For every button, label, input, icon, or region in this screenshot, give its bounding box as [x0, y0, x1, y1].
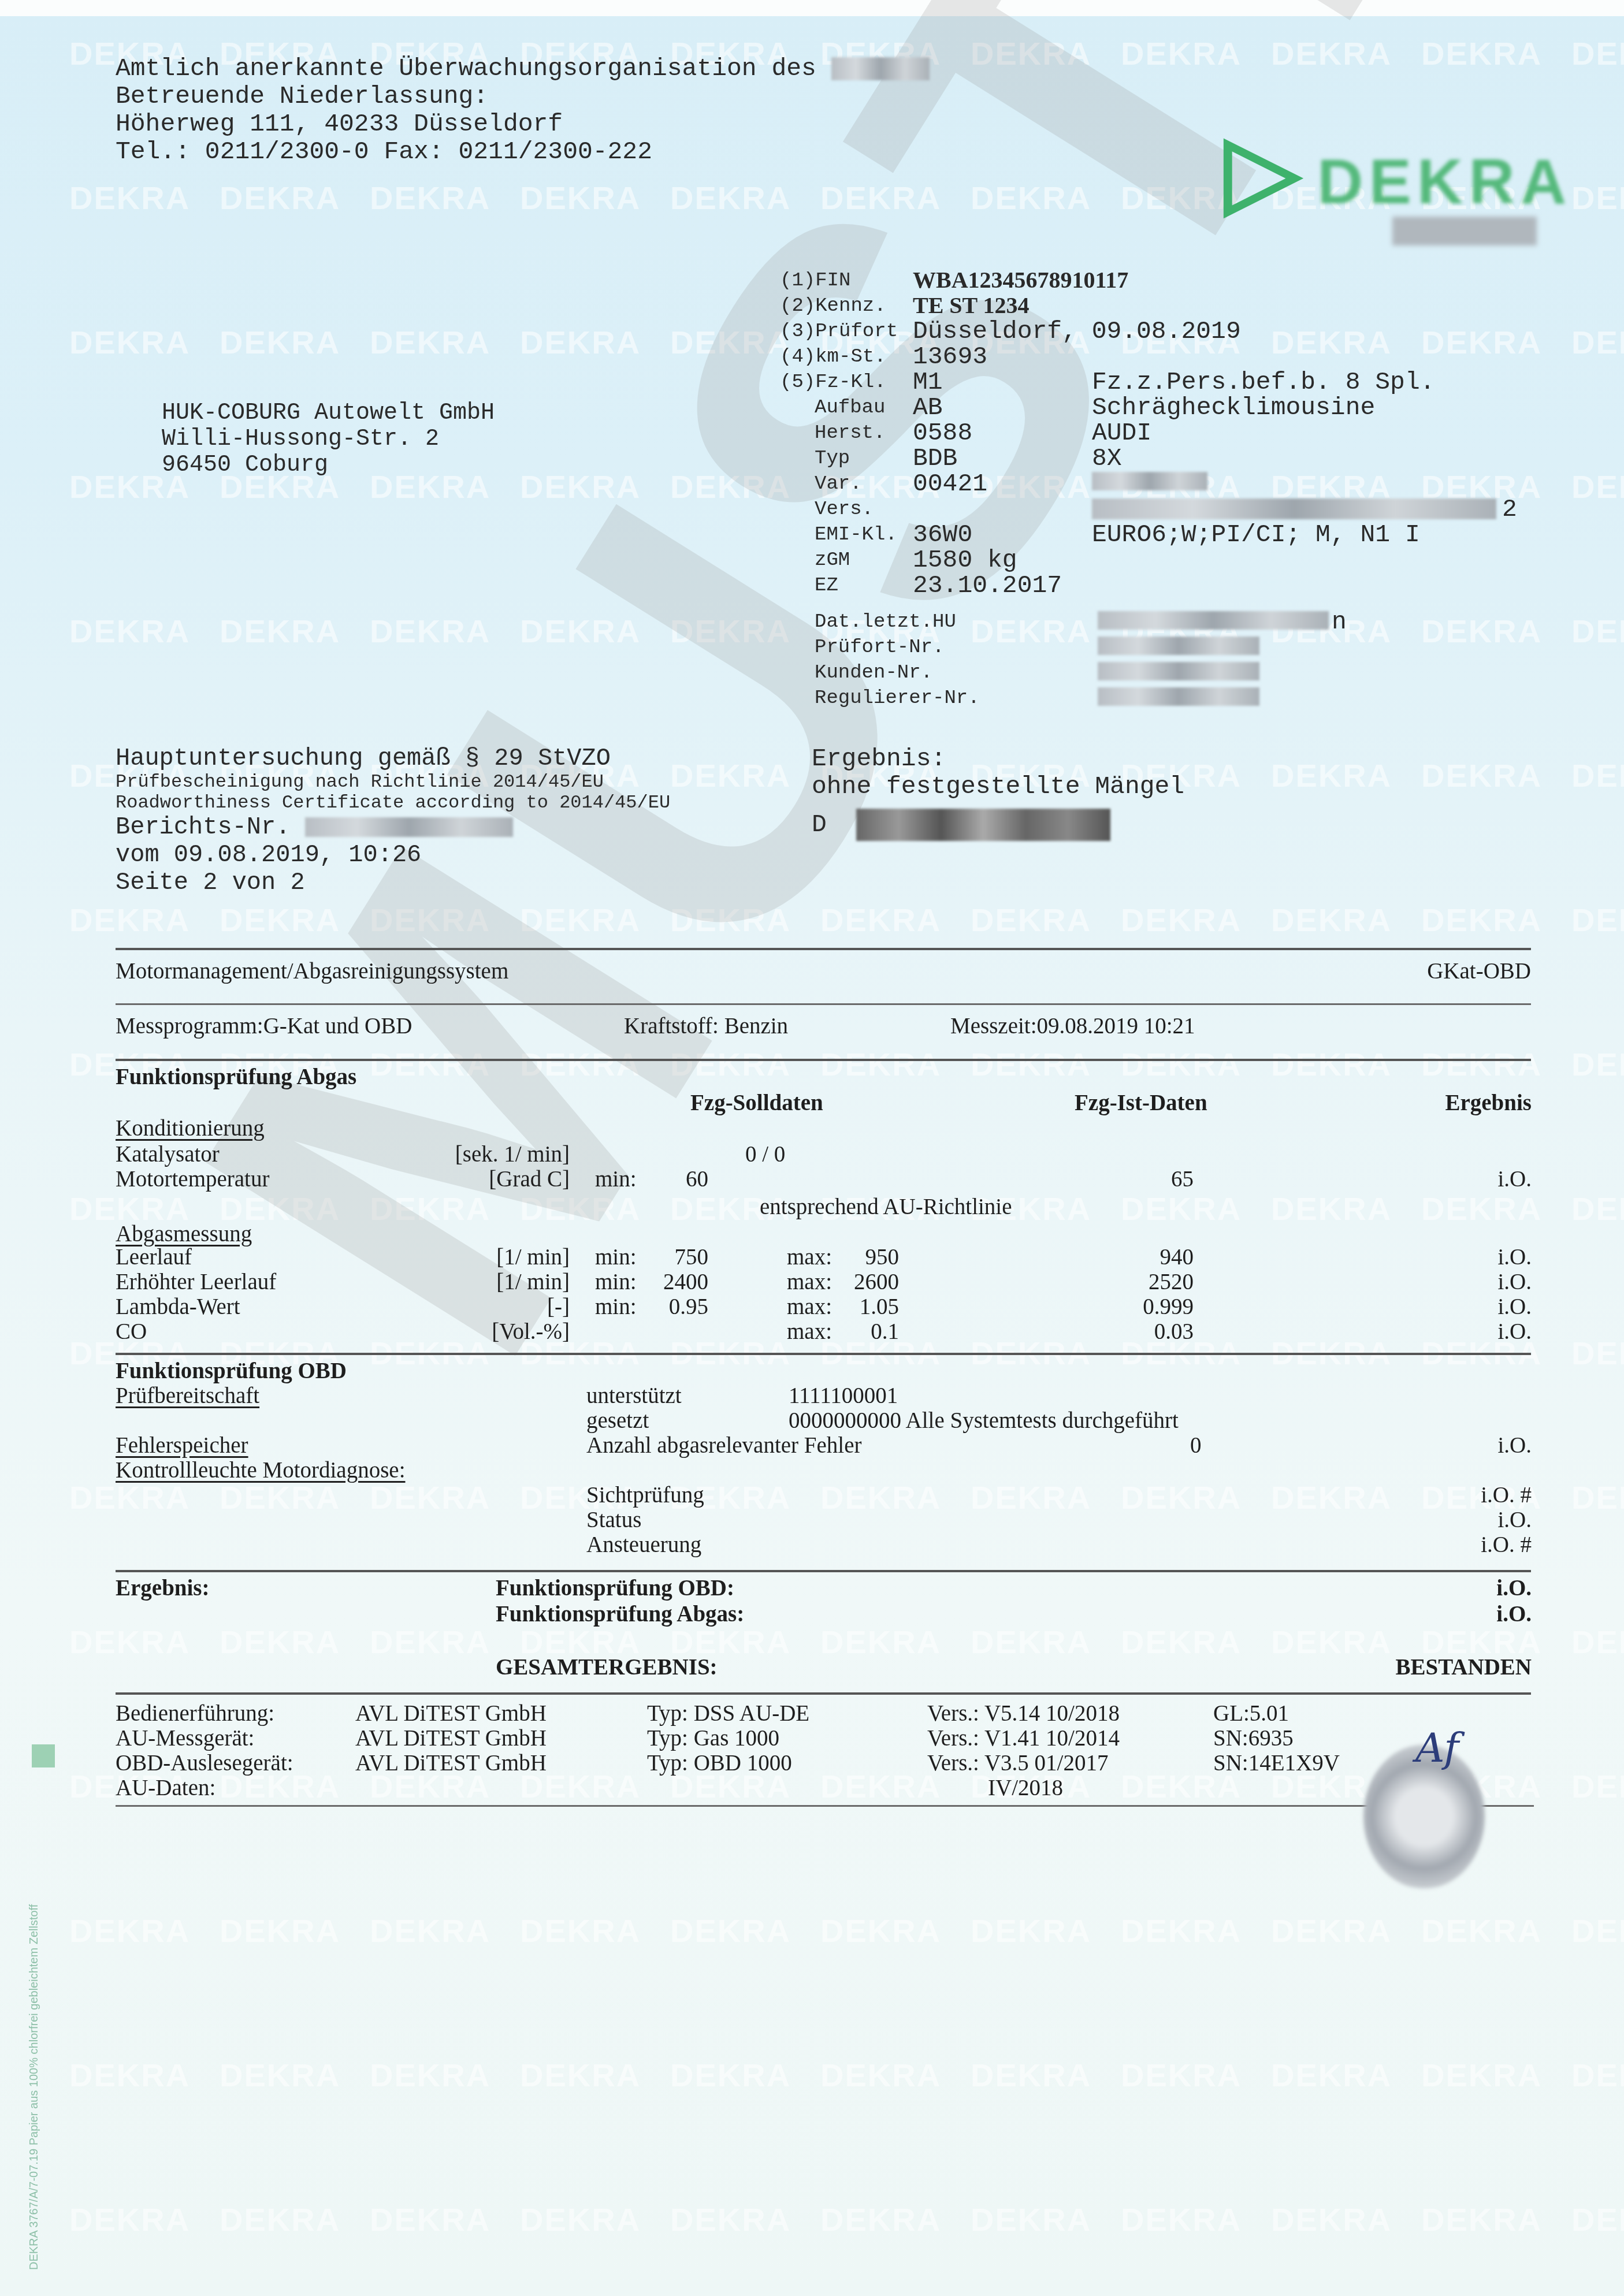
- vehicle-field-label: EMI-Kl.: [815, 524, 897, 546]
- vehicle-field-value: WBA12345678910117: [913, 266, 1128, 293]
- device-maker: AVL DiTEST GmbH: [355, 1751, 547, 1776]
- vehicle-field-value: M1: [913, 368, 943, 396]
- redacted-value: [1098, 687, 1259, 706]
- report-subtitle-en: Roadworthiness Certificate according to …: [116, 792, 670, 813]
- vehicle-field-value: 0588: [913, 419, 972, 447]
- obd-title: Funktionsprüfung OBD: [116, 1359, 347, 1384]
- pattern-tile: DEKRA: [670, 1912, 791, 1949]
- pattern-tile: DEKRA: [1121, 1479, 1242, 1516]
- vehicle-extra-label: Kunden-Nr.: [815, 662, 932, 684]
- pattern-tile: DEKRA: [1571, 2201, 1624, 2238]
- measure-name: Lambda-Wert: [116, 1294, 240, 1320]
- pattern-tile: DEKRA: [69, 2201, 190, 2238]
- measure-unit: [-]: [547, 1294, 570, 1320]
- pattern-tile: DEKRA: [1121, 2201, 1242, 2238]
- mil-item-result: i.O.: [1498, 1508, 1532, 1533]
- pattern-tile: DEKRA: [520, 612, 641, 650]
- side-mark: [32, 1744, 55, 1767]
- pattern-tile: DEKRA: [370, 179, 490, 217]
- paper-edge: [0, 0, 1624, 16]
- supported-label: unterstützt: [586, 1383, 682, 1409]
- pattern-tile: DEKRA: [1421, 757, 1542, 794]
- pattern-tile: DEKRA: [820, 1479, 941, 1516]
- recipient-city: 96450 Coburg: [162, 452, 495, 478]
- readiness-label: Prüfbereitschaft: [116, 1383, 259, 1409]
- pattern-tile: DEKRA: [69, 323, 190, 361]
- paper-note: DEKRA 3767/A/7-07.19 Papier aus 100% chl…: [28, 1904, 41, 2270]
- pattern-tile: DEKRA: [1571, 901, 1624, 939]
- pattern-tile: DEKRA: [220, 2201, 340, 2238]
- device-version: Vers.: V1.41 10/2014: [927, 1726, 1120, 1751]
- pattern-tile: DEKRA: [220, 2056, 340, 2094]
- vehicle-field-desc: EURO6;W;PI/CI; M, N1 I: [1092, 520, 1420, 549]
- pattern-tile: DEKRA: [971, 35, 1091, 72]
- mil-item-result: i.O. #: [1481, 1483, 1532, 1508]
- divider: [116, 948, 1531, 950]
- pattern-tile: DEKRA: [971, 1045, 1091, 1083]
- min-label: min:: [595, 1270, 637, 1295]
- pattern-tile: DEKRA: [1571, 757, 1624, 794]
- report-title: Hauptuntersuchung gemäß § 29 StVZO: [116, 745, 670, 772]
- pattern-tile: DEKRA: [1271, 757, 1392, 794]
- pattern-tile: DEKRA: [1271, 2201, 1392, 2238]
- redacted-value: [1098, 637, 1259, 655]
- pattern-tile: DEKRA: [1571, 1767, 1624, 1805]
- vehicle-extra-label: Dat.letzt.HU: [815, 611, 956, 633]
- report-result: Ergebnis: ohne festgestellte Mängel D: [812, 745, 1184, 841]
- total-result: BESTANDEN: [1395, 1655, 1532, 1680]
- measure-value: 0 / 0: [745, 1142, 785, 1167]
- pattern-tile: DEKRA: [1271, 2056, 1392, 2094]
- pattern-tile: DEKRA: [1571, 35, 1624, 72]
- result-text: ohne festgestellte Mängel: [812, 773, 1184, 801]
- pattern-tile: DEKRA: [220, 179, 340, 217]
- fault-result: i.O.: [1498, 1433, 1532, 1458]
- pattern-tile: DEKRA: [1271, 1045, 1392, 1083]
- device-type: Typ: DSS AU-DE: [647, 1701, 809, 1726]
- pattern-tile: DEKRA: [971, 1479, 1091, 1516]
- vehicle-field-desc: Schräghecklimousine: [1092, 393, 1375, 422]
- pattern-tile: DEKRA: [370, 612, 490, 650]
- pattern-tile: DEKRA: [1121, 1045, 1242, 1083]
- vehicle-field-label: (4)km-St.: [780, 346, 886, 368]
- redacted-report-number: [305, 817, 513, 837]
- pattern-tile: DEKRA: [520, 1190, 641, 1227]
- pattern-tile: DEKRA: [370, 323, 490, 361]
- report-date: vom 09.08.2019, 10:26: [116, 841, 670, 869]
- pattern-tile: DEKRA: [1571, 1045, 1624, 1083]
- device-version: Vers.: V3.5 01/2017: [927, 1751, 1108, 1776]
- fuel-type: Kraftstoff: Benzin: [624, 1014, 788, 1039]
- device-version: IV/2018: [988, 1776, 1063, 1801]
- au-guideline-note: entsprechend AU-Richtlinie: [760, 1194, 1012, 1220]
- device-serial: SN:6935: [1213, 1726, 1294, 1751]
- vehicle-field-label: (3)Prüfort: [780, 321, 898, 343]
- min-value: 2400: [663, 1270, 708, 1295]
- pattern-tile: DEKRA: [1571, 2056, 1624, 2094]
- pattern-tile: DEKRA: [971, 612, 1091, 650]
- vehicle-field-desc: Fz.z.Pers.bef.b. 8 Spl.: [1092, 368, 1435, 396]
- pattern-tile: DEKRA: [520, 901, 641, 939]
- device-maker: AVL DiTEST GmbH: [355, 1701, 547, 1726]
- divider: [116, 1570, 1531, 1572]
- measure-result: i.O.: [1498, 1167, 1532, 1192]
- report-info: Hauptuntersuchung gemäß § 29 StVZO Prüfb…: [116, 745, 670, 896]
- measure-unit: [1/ min]: [496, 1270, 570, 1295]
- vehicle-field-label: zGM: [815, 549, 850, 571]
- device-type: Typ: Gas 1000: [647, 1726, 779, 1751]
- pattern-tile: DEKRA: [820, 179, 941, 217]
- set-value: 0000000000 Alle Systemtests durchgeführt: [789, 1408, 1179, 1434]
- measure-unit: [Grad C]: [489, 1167, 570, 1192]
- max-value: 950: [865, 1245, 900, 1270]
- measure-name: Katalysator: [116, 1142, 220, 1167]
- mil-item-name: Sichtprüfung: [586, 1483, 704, 1508]
- min-label: min:: [595, 1245, 637, 1270]
- pattern-tile: DEKRA: [820, 1045, 941, 1083]
- vehicle-field-label: (2)Kennz.: [780, 295, 886, 317]
- divider: [116, 1003, 1531, 1005]
- pattern-tile: DEKRA: [1421, 1912, 1542, 1949]
- system-code: GKat-OBD: [1427, 959, 1531, 984]
- vehicle-field-label: Var.: [815, 473, 862, 495]
- pattern-tile: DEKRA: [971, 2056, 1091, 2094]
- measure-result: i.O.: [1498, 1294, 1532, 1320]
- vehicle-extra-label: Prüfort-Nr.: [815, 637, 944, 658]
- pattern-tile: DEKRA: [1121, 1190, 1242, 1227]
- pattern-tile: DEKRA: [1121, 1912, 1242, 1949]
- pattern-tile: DEKRA: [670, 2056, 791, 2094]
- summary-label: Ergebnis:: [116, 1576, 210, 1601]
- plaque-number: D: [812, 809, 1184, 841]
- redacted-value: [1098, 611, 1329, 630]
- min-label: min:: [595, 1167, 637, 1192]
- pattern-tile: DEKRA: [69, 1479, 190, 1516]
- pattern-tile: DEKRA: [220, 1912, 340, 1949]
- mil-item-result: i.O. #: [1481, 1532, 1532, 1558]
- pattern-tile: DEKRA: [69, 901, 190, 939]
- pattern-tile: DEKRA: [520, 323, 641, 361]
- max-label: max:: [787, 1270, 832, 1295]
- max-value: 2600: [854, 1270, 899, 1295]
- max-label: max:: [787, 1245, 832, 1270]
- pattern-tile: DEKRA: [1571, 179, 1624, 217]
- pattern-tile: DEKRA: [1571, 1190, 1624, 1227]
- measure-time: Messzeit:09.08.2019 10:21: [950, 1014, 1195, 1039]
- pattern-tile: DEKRA: [520, 2201, 641, 2238]
- min-label: min:: [595, 1294, 637, 1320]
- measure-result: i.O.: [1498, 1245, 1532, 1270]
- max-value: 0.1: [871, 1319, 899, 1345]
- measure-name: CO: [116, 1319, 147, 1345]
- pattern-tile: DEKRA: [220, 1479, 340, 1516]
- pattern-tile: DEKRA: [1121, 35, 1242, 72]
- col-solldaten: Fzg-Solldaten: [690, 1091, 823, 1116]
- mil-item-name: Ansteuerung: [586, 1532, 701, 1558]
- vehicle-field-label: Herst.: [815, 422, 885, 444]
- pattern-tile: DEKRA: [971, 468, 1091, 505]
- pattern-tile: DEKRA: [670, 2201, 791, 2238]
- pattern-tile: DEKRA: [520, 2056, 641, 2094]
- mil-item-name: Status: [586, 1508, 641, 1533]
- measure-name: Motortemperatur: [116, 1167, 269, 1192]
- pattern-tile: DEKRA: [670, 612, 791, 650]
- pattern-tile: DEKRA: [670, 179, 791, 217]
- security-background-pattern: DEKRADEKRADEKRADEKRADEKRADEKRADEKRADEKRA…: [0, 0, 1624, 2296]
- pattern-tile: DEKRA: [971, 1912, 1091, 1949]
- vehicle-field-value: 13693: [913, 343, 987, 371]
- vehicle-field-label: Vers.: [815, 498, 874, 520]
- pattern-tile: DEKRA: [1271, 323, 1392, 361]
- vehicle-field-value: AB: [913, 393, 943, 422]
- vehicle-field-label: Aufbau: [815, 397, 885, 419]
- pattern-tile: DEKRA: [670, 468, 791, 505]
- pattern-tile: DEKRA: [670, 901, 791, 939]
- pattern-tile: DEKRA: [1271, 1912, 1392, 1949]
- device-role: OBD-Auslesegerät:: [116, 1751, 293, 1776]
- max-label: max:: [787, 1294, 832, 1320]
- pattern-tile: DEKRA: [520, 468, 641, 505]
- summary-abgas-label: Funktionsprüfung Abgas:: [496, 1602, 744, 1627]
- vehicle-field-value: TE ST 1234: [913, 292, 1030, 319]
- vehicle-extra-desc: n: [1332, 608, 1347, 636]
- vehicle-field-value: 1580 kg: [913, 546, 1017, 574]
- vehicle-field-label: (1)FIN: [780, 270, 850, 292]
- pattern-tile: DEKRA: [220, 323, 340, 361]
- pattern-tile: DEKRA: [69, 1912, 190, 1949]
- conditioning-title: Konditionierung: [116, 1116, 265, 1141]
- pattern-tile: DEKRA: [971, 179, 1091, 217]
- pattern-tile: DEKRA: [370, 2056, 490, 2094]
- vehicle-field-desc: 2: [1502, 495, 1517, 523]
- supported-value: 1111100001: [789, 1383, 898, 1409]
- pattern-tile: DEKRA: [520, 1912, 641, 1949]
- pattern-tile: DEKRA: [220, 1623, 340, 1661]
- measure-result: i.O.: [1498, 1319, 1532, 1345]
- pattern-tile: DEKRA: [1271, 1190, 1392, 1227]
- pattern-tile: DEKRA: [820, 1767, 941, 1805]
- dekra-logo-subtitle: [1392, 217, 1537, 245]
- pattern-tile: DEKRA: [370, 2201, 490, 2238]
- report-subtitle-de: Prüfbescheinigung nach Richtlinie 2014/4…: [116, 772, 670, 792]
- device-version: Vers.: V5.14 10/2018: [927, 1701, 1120, 1726]
- summary-abgas-result: i.O.: [1496, 1602, 1532, 1627]
- pattern-tile: DEKRA: [370, 1623, 490, 1661]
- summary-obd-result: i.O.: [1496, 1576, 1532, 1601]
- pattern-tile: DEKRA: [670, 1045, 791, 1083]
- divider: [116, 1059, 1531, 1061]
- issuer-branch-label: Betreuende Niederlassung:: [116, 83, 930, 110]
- redacted-plaque: [856, 809, 1110, 841]
- vehicle-field-value: 23.10.2017: [913, 571, 1062, 600]
- actual-value: 65: [1171, 1167, 1194, 1192]
- measure-name: Leerlauf: [116, 1245, 192, 1270]
- pattern-tile: DEKRA: [69, 2056, 190, 2094]
- pattern-tile: DEKRA: [1271, 35, 1392, 72]
- pattern-tile: DEKRA: [520, 179, 641, 217]
- pattern-tile: DEKRA: [670, 757, 791, 794]
- mil-label: Kontrollleuchte Motordiagnose:: [116, 1458, 405, 1483]
- pattern-tile: DEKRA: [971, 2201, 1091, 2238]
- pattern-tile: DEKRA: [370, 1912, 490, 1949]
- pattern-tile: DEKRA: [1421, 612, 1542, 650]
- actual-value: 0.03: [1154, 1319, 1194, 1345]
- pattern-tile: DEKRA: [820, 1912, 941, 1949]
- fault-desc: Anzahl abgasrelevanter Fehler: [586, 1433, 861, 1458]
- pattern-tile: DEKRA: [820, 2056, 941, 2094]
- pattern-tile: DEKRA: [220, 901, 340, 939]
- actual-value: 2520: [1149, 1270, 1194, 1295]
- vehicle-field-desc: AUDI: [1092, 419, 1151, 447]
- dekra-logo-icon: ▷: [1225, 121, 1300, 219]
- pattern-tile: DEKRA: [370, 901, 490, 939]
- vehicle-field-value: 36W0: [913, 520, 972, 549]
- recipient-street: Willi-Hussong-Str. 2: [162, 426, 495, 452]
- pattern-tile: DEKRA: [370, 1479, 490, 1516]
- pattern-tile: DEKRA: [1571, 323, 1624, 361]
- pattern-tile: DEKRA: [1571, 612, 1624, 650]
- measure-result: i.O.: [1498, 1270, 1532, 1295]
- device-role: AU-Daten:: [116, 1776, 215, 1801]
- divider: [116, 1353, 1531, 1355]
- vehicle-extra-label: Regulierer-Nr.: [815, 687, 980, 709]
- abgas-title: Funktionsprüfung Abgas: [116, 1065, 356, 1090]
- vehicle-field-label: (5)Fz-Kl.: [780, 371, 886, 393]
- issuer-contact: Tel.: 0211/2300-0 Fax: 0211/2300-222: [116, 138, 930, 166]
- recipient-name: HUK-COBURG Autowelt GmbH: [162, 400, 495, 426]
- measure-name: Erhöhter Leerlauf: [116, 1270, 276, 1295]
- min-value: 60: [686, 1167, 708, 1192]
- device-role: AU-Messgerät:: [116, 1726, 254, 1751]
- dekra-logo-text: DEKRA: [1317, 150, 1572, 214]
- device-serial: SN:14E1X9V: [1213, 1751, 1340, 1776]
- measure-unit: [sek. 1/ min]: [455, 1142, 570, 1167]
- vehicle-field-label: EZ: [815, 575, 838, 597]
- set-label: gesetzt: [586, 1408, 649, 1434]
- fault-count: 0: [1190, 1433, 1202, 1458]
- pattern-tile: DEKRA: [1421, 1045, 1542, 1083]
- device-serial: GL:5.01: [1213, 1701, 1289, 1726]
- pattern-tile: DEKRA: [1571, 1912, 1624, 1949]
- vehicle-field-desc: 8X: [1092, 444, 1122, 472]
- dekra-logo: ▷ DEKRA: [1202, 116, 1560, 231]
- pattern-tile: DEKRA: [1421, 2056, 1542, 2094]
- total-result-label: GESAMTERGEBNIS:: [496, 1655, 718, 1680]
- exhaust-measure-title: Abgasmessung: [116, 1222, 252, 1247]
- redacted-org-name: [831, 57, 930, 80]
- recipient-address: HUK-COBURG Autowelt GmbH Willi-Hussong-S…: [162, 400, 495, 478]
- pattern-tile: DEKRA: [1271, 1479, 1392, 1516]
- max-label: max:: [787, 1319, 832, 1345]
- pattern-tile: DEKRA: [820, 2201, 941, 2238]
- fault-memory-label: Fehlerspeicher: [116, 1433, 248, 1458]
- pattern-tile: DEKRA: [1271, 901, 1392, 939]
- vehicle-field-value: BDB: [913, 444, 957, 472]
- divider: [116, 1805, 1534, 1807]
- pattern-tile: DEKRA: [971, 1623, 1091, 1661]
- measure-unit: [Vol.-%]: [492, 1319, 570, 1345]
- device-maker: AVL DiTEST GmbH: [355, 1726, 547, 1751]
- vehicle-field-value: Düsseldorf, 09.08.2019: [913, 317, 1241, 345]
- col-ergebnis: Ergebnis: [1445, 1091, 1532, 1116]
- pattern-tile: DEKRA: [69, 179, 190, 217]
- device-type: Typ: OBD 1000: [647, 1751, 792, 1776]
- pattern-tile: DEKRA: [670, 323, 791, 361]
- vehicle-field-value: 00421: [913, 470, 987, 498]
- pattern-tile: DEKRA: [1421, 901, 1542, 939]
- pattern-tile: DEKRA: [1571, 1334, 1624, 1372]
- pattern-tile: DEKRA: [1421, 2201, 1542, 2238]
- col-istdaten: Fzg-Ist-Daten: [1075, 1091, 1207, 1116]
- system-label: Motormanagement/Abgasreinigungssystem: [116, 959, 508, 984]
- pattern-tile: DEKRA: [69, 1623, 190, 1661]
- redacted-value: [1098, 662, 1259, 680]
- pattern-tile: DEKRA: [370, 1045, 490, 1083]
- pattern-tile: DEKRA: [1121, 1623, 1242, 1661]
- pattern-tile: DEKRA: [1421, 35, 1542, 72]
- measure-unit: [1/ min]: [496, 1245, 570, 1270]
- divider: [116, 1692, 1531, 1695]
- pattern-tile: DEKRA: [1571, 1623, 1624, 1661]
- pattern-tile: DEKRA: [370, 1190, 490, 1227]
- pattern-tile: DEKRA: [1121, 901, 1242, 939]
- pattern-tile: DEKRA: [971, 901, 1091, 939]
- pattern-tile: DEKRA: [220, 612, 340, 650]
- measure-program: Messprogramm:G-Kat und OBD: [116, 1014, 412, 1039]
- pattern-tile: DEKRA: [1121, 2056, 1242, 2094]
- summary-obd-label: Funktionsprüfung OBD:: [496, 1576, 734, 1601]
- pattern-tile: DEKRA: [1571, 468, 1624, 505]
- pattern-tile: DEKRA: [1571, 1479, 1624, 1516]
- actual-value: 0.999: [1143, 1294, 1194, 1320]
- redacted-version: [1092, 498, 1496, 519]
- result-label: Ergebnis:: [812, 745, 1184, 773]
- min-value: 0.95: [669, 1294, 708, 1320]
- pattern-tile: DEKRA: [1421, 323, 1542, 361]
- device-role: Bedienerführung:: [116, 1701, 274, 1726]
- vehicle-field-label: Typ: [815, 448, 850, 470]
- min-value: 750: [675, 1245, 709, 1270]
- issuer-block: Amtlich anerkannte Überwachungsorganisat…: [116, 55, 930, 166]
- pattern-tile: DEKRA: [1271, 1623, 1392, 1661]
- pattern-tile: DEKRA: [1421, 1190, 1542, 1227]
- pattern-tile: DEKRA: [820, 901, 941, 939]
- pattern-tile: DEKRA: [520, 1045, 641, 1083]
- issuer-address: Höherweg 111, 40233 Düsseldorf: [116, 110, 930, 138]
- pattern-tile: DEKRA: [820, 1623, 941, 1661]
- issuer-org-line: Amtlich anerkannte Überwachungsorganisat…: [116, 55, 930, 83]
- actual-value: 940: [1160, 1245, 1194, 1270]
- report-page: Seite 2 von 2: [116, 869, 670, 896]
- max-value: 1.05: [860, 1294, 899, 1320]
- pattern-tile: DEKRA: [69, 612, 190, 650]
- redacted-variant: [1092, 472, 1207, 490]
- report-number: Berichts-Nr.: [116, 813, 670, 841]
- inspector-signature: Af: [1415, 1724, 1459, 1772]
